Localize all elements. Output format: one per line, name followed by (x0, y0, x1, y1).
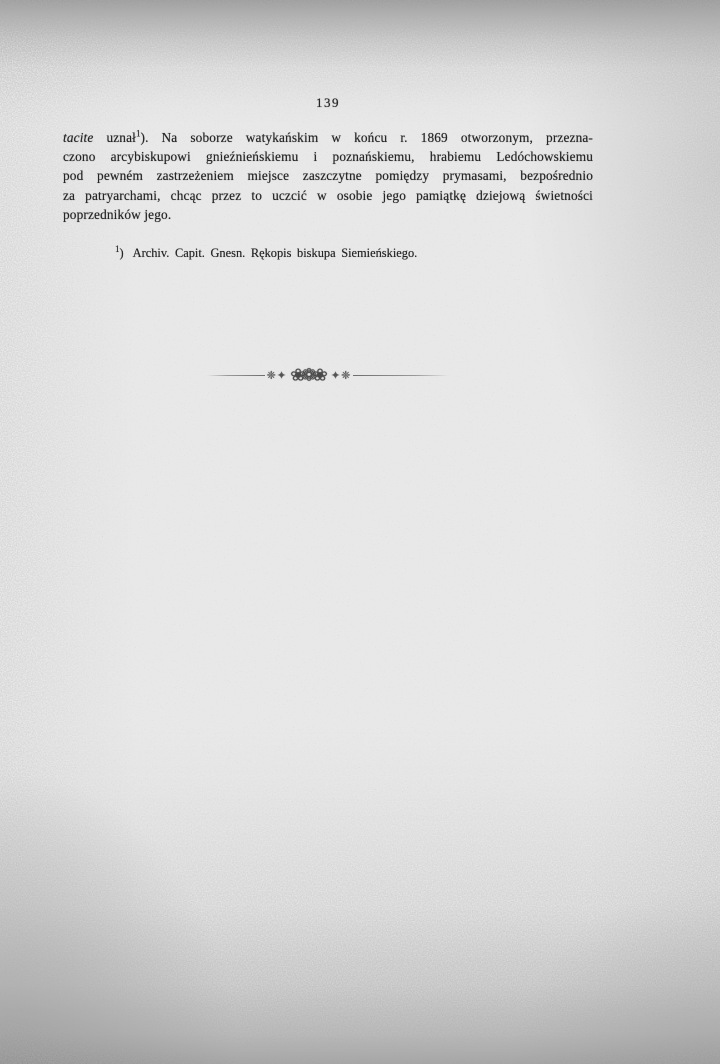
paragraph-line-2: czono arcybiskupowi gnieźnieńskiemu i po… (63, 147, 593, 166)
scanned-book-page: 139 tacite uznał1). Na soborze watykańsk… (0, 0, 720, 1064)
ornament-rule-left (207, 375, 265, 376)
footnote-text: Archiv. Capit. Gnesn. Rękopis biskupa Si… (133, 246, 418, 260)
ornament-rosette-icon: ❀❁❀ (290, 365, 328, 384)
ornament-rule-right (353, 375, 449, 376)
paragraph-line-4: za patryarchami, chcąc przez to uczcić w… (63, 186, 593, 205)
footnote: 1)Archiv. Capit. Gnesn. Rękopis biskupa … (115, 245, 595, 261)
paragraph-line-5: poprzedników jego. (63, 205, 593, 224)
latin-term: tacite (63, 130, 93, 145)
paragraph-line-1: tacite uznał1). Na soborze watykańskim w… (63, 128, 593, 147)
body-paragraph: tacite uznał1). Na soborze watykańskim w… (63, 128, 593, 224)
footnote-paren: ) (120, 246, 124, 260)
line1-tail: ). Na soborze watykańskim w końcu r. 186… (141, 130, 594, 145)
line1-text: uznał (93, 130, 136, 145)
ornament-divider: ❈✦ ❀❁❀ ✦❈ (63, 360, 593, 390)
page-number: 139 (63, 95, 593, 111)
page-content: 139 tacite uznał1). Na soborze watykańsk… (0, 0, 720, 1064)
ornament-fleuron-right-icon: ✦❈ (331, 369, 351, 382)
ornament-fleuron-left-icon: ❈✦ (267, 369, 287, 382)
paragraph-line-3: pod pewném zastrzeżeniem miejsce zaszczy… (63, 166, 593, 185)
